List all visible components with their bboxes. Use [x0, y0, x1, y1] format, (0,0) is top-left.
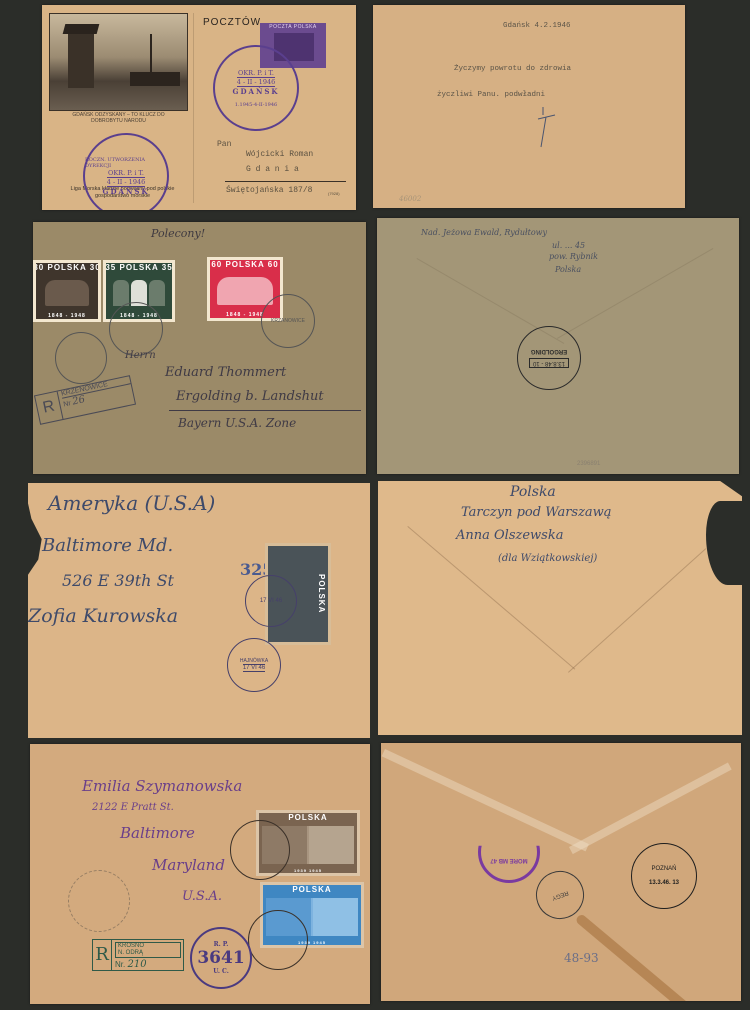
censor-mark: R. P. 3641 U. C. — [190, 927, 252, 989]
registered-cover-front[interactable]: Polecony! 30 POLSKA 30 1848 - 1948 35 PO… — [33, 222, 366, 474]
arrival-backstamp: 13.8.48 - 10 ERGOLDING — [517, 326, 581, 390]
address-line-2: 2122 E Pratt St. — [92, 802, 174, 813]
postmark-3: KRZANOWICE — [261, 294, 315, 348]
postal-card-back[interactable]: Gdańsk 4.2.1946 Życzymy powrotu do zdrow… — [373, 5, 685, 208]
postmark-1 — [55, 332, 107, 384]
postmark-2 — [109, 302, 163, 356]
address-line-2: Baltimore Md. — [42, 535, 173, 556]
torn-edge — [706, 501, 742, 585]
card-illustration — [49, 13, 188, 111]
illustration-caption: GDAŃSK ODZYSKANY – TO KLUCZ DO DOBROBYTU… — [56, 112, 181, 124]
address-line-4: Maryland — [152, 856, 225, 874]
sender-line-1: Polska — [510, 484, 556, 500]
address-street: Świętojańska 187/8 — [226, 186, 312, 195]
address-line-1: Ameryka (U.S.A) — [48, 491, 215, 515]
address-line-2: Eduard Thommert — [165, 365, 286, 380]
arrival-backstamp: POZNAŃ 13.3.46. 13 — [631, 843, 697, 909]
address-salutation: Pan — [217, 140, 231, 149]
flap-line-left — [407, 526, 575, 670]
postmark-1: 17 VI 46 — [245, 575, 297, 627]
postmark-2 — [248, 910, 308, 970]
postal-card-front[interactable]: GDAŃSK ODZYSKANY – TO KLUCZ DO DOBROBYTU… — [42, 5, 356, 210]
sender-line-2: Tarczyn pod Warszawą — [461, 505, 612, 520]
registration-label: R KROSNO N. ODRĄ Nr. 210 — [92, 939, 184, 971]
vertical-divider — [193, 13, 194, 203]
address-line-3: Baltimore — [120, 824, 195, 842]
violet-handstamp: MORE MB 47 — [478, 821, 540, 883]
address-line-4: Zofia Kurowska — [28, 605, 178, 627]
flap-line-left — [382, 749, 589, 851]
handwritten-header: Polecony! — [151, 227, 205, 240]
message-line-2: życzliwi Panu. podwładni — [437, 91, 545, 99]
print-code: (7928) — [328, 191, 340, 196]
address-line-1: Herrn — [125, 350, 156, 361]
sender-line-3: Anna Olszewska — [456, 528, 563, 543]
postmark-1 — [230, 820, 290, 880]
address-line-4: Bayern U.S.A. Zone — [178, 416, 296, 430]
address-city: G d a n i a — [246, 165, 299, 174]
message-dateline: Gdańsk 4.2.1946 — [503, 22, 571, 30]
message-line-1: Życzymy powrotu do zdrowia — [454, 65, 571, 73]
commemorative-cancel: OKR. P. i T. 4 - II - 1946 GDAŃSK 1.1945… — [213, 45, 299, 131]
address-line-1: Emilia Szymanowska — [82, 777, 242, 795]
flap-line-right — [568, 548, 706, 673]
pencil-note: 2396891 — [577, 461, 600, 467]
pencil-note: 46002 — [399, 195, 421, 203]
cover-back-tarczyn[interactable]: Polska Tarczyn pod Warszawą Anna Olszews… — [378, 481, 742, 735]
pencil-note: 48-93 — [564, 951, 599, 965]
stamp-30: 30 POLSKA 30 1848 - 1948 — [33, 260, 101, 322]
address-underline — [225, 181, 346, 182]
printed-header: POCZTÓW — [203, 17, 261, 28]
address-line-3: Ergolding b. Landshut — [176, 389, 324, 404]
address-underline — [169, 410, 361, 411]
sender-line-1: Nad. Jeżowa Ewald, Rydułtowy — [421, 228, 547, 237]
flap-line-right — [557, 248, 713, 339]
registered-cover-front-krosno[interactable]: Emilia Szymanowska 2122 E Pratt St. Balt… — [30, 744, 370, 1004]
address-name: Wójcicki Roman — [246, 150, 313, 159]
cover-front-hajnowka[interactable]: Ameryka (U.S.A) Baltimore Md. 526 E 39th… — [28, 483, 370, 738]
sender-line-3: pow. Rybnik — [549, 252, 598, 261]
cover-back[interactable]: Nad. Jeżowa Ewald, Rydułtowy ul. ... 45 … — [377, 218, 739, 474]
postmark-faint — [68, 870, 130, 932]
address-line-5: U.S.A. — [182, 889, 222, 904]
flap-line-right — [569, 762, 732, 854]
address-line-3: 526 E 39th St — [62, 571, 174, 590]
commemorative-cancel-2: ROCZN. UTWORZENIA DYREKCJI OKR. P. i T. … — [83, 133, 169, 210]
sender-line-2: ul. ... 45 — [552, 241, 585, 250]
cover-back-poznan[interactable]: MORE MB 47 REGY POZNAŃ 13.3.46. 13 48-93 — [381, 743, 741, 1001]
sender-line-4: Polska — [555, 265, 581, 274]
postmark-2: HAJNÓWKA 17 VI 46 — [227, 638, 281, 692]
signature — [533, 105, 563, 150]
sender-line-4: (dla Wziątkowskiej) — [498, 553, 597, 564]
